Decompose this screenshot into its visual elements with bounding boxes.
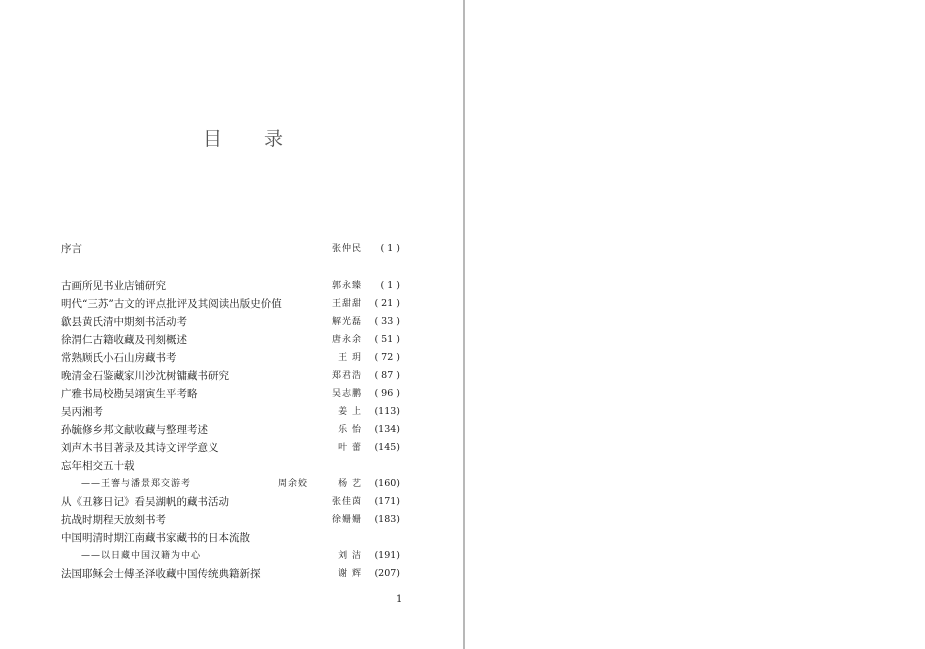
entry-page: (191): [366, 548, 400, 564]
entry-author: 谢 辉: [338, 566, 362, 582]
entry-page: ( 1 ): [366, 278, 400, 294]
entry-page: (113): [366, 404, 400, 420]
entry-author: 杨 艺: [338, 476, 362, 492]
entry-title: 明代“三苏”古文的评点批评及其阅读出版史价值: [61, 296, 282, 312]
entry-page: (183): [366, 512, 400, 528]
page-title: 目 录: [203, 124, 301, 151]
entry-page: ( 51 ): [366, 332, 400, 348]
toc-entry[interactable]: 广雅书局校勘吴翊寅生平考略 吴志鹏 ( 96 ): [61, 386, 400, 402]
entry-title: 吴丙湘考: [61, 404, 103, 420]
entry-author: 张仲民: [332, 241, 362, 257]
entry-page: (207): [366, 566, 400, 582]
toc-entry[interactable]: 中国明清时期江南藏书家藏书的日本流散: [61, 530, 400, 546]
toc-entry-preface[interactable]: 序言 张仲民 ( 1 ): [61, 241, 400, 257]
entry-author: 乐 怡: [338, 422, 362, 438]
entry-author: 徐姗姗: [332, 512, 362, 528]
toc-entry[interactable]: 法国耶稣会士傅圣泽收藏中国传统典籍新探 谢 辉 (207): [61, 566, 400, 582]
entry-title: 刘声木书目著录及其诗文评学意义: [61, 440, 219, 456]
entry-title: 从《丑簃日记》看吴湖帆的藏书活动: [61, 494, 229, 510]
entry-title: 广雅书局校勘吴翊寅生平考略: [61, 386, 198, 402]
entry-title: 序言: [61, 241, 82, 257]
entry-author: 王 玥: [338, 350, 362, 366]
entry-title: 古画所见书业店铺研究: [61, 278, 166, 294]
entry-page: ( 1 ): [366, 241, 400, 257]
toc-entry[interactable]: 歙县黄氏清中期刻书活动考 解光磊 ( 33 ): [61, 314, 400, 330]
toc-entry[interactable]: 从《丑簃日记》看吴湖帆的藏书活动 张佳茵 (171): [61, 494, 400, 510]
entry-author: 郑君浩: [332, 368, 362, 384]
entry-page: ( 96 ): [366, 386, 400, 402]
toc-entry[interactable]: 抗战时期程天放刻书考 徐姗姗 (183): [61, 512, 400, 528]
entry-author: 姜 上: [338, 404, 362, 420]
toc-page-right: 图书馆、藏书家、书商与近代中国的知识生产 东籍汉译之始考 戴 维 (222) 康…: [465, 0, 925, 649]
entry-title: 孙毓修乡邦文献收藏与整理考述: [61, 422, 208, 438]
entry-subtitle: ——王謇与潘景郑交游考: [81, 476, 191, 492]
toc-entry[interactable]: 忘年相交五十载: [61, 458, 400, 474]
entry-title: 法国耶稣会士傅圣泽收藏中国传统典籍新探: [61, 566, 261, 582]
entry-author: 郭永臻: [332, 278, 362, 294]
entry-author: 王甜甜: [332, 296, 362, 312]
toc-entry[interactable]: 古画所见书业店铺研究 郭永臻 ( 1 ): [61, 278, 400, 294]
entry-coauthor: 周余姣: [278, 476, 308, 492]
toc-page-left: 目 录 序言 张仲民 ( 1 ) 古画所见书业店铺研究 郭永臻 ( 1 ) 明代…: [0, 0, 463, 649]
entry-page: (160): [366, 476, 400, 492]
entry-page: (134): [366, 422, 400, 438]
entry-page: ( 21 ): [366, 296, 400, 312]
entry-title: 歙县黄氏清中期刻书活动考: [61, 314, 187, 330]
entry-title: 徐渭仁古籍收藏及刊刻概述: [61, 332, 187, 348]
entry-subtitle: ——以日藏中国汉籍为中心: [81, 548, 201, 564]
entry-page: ( 33 ): [366, 314, 400, 330]
toc-entry[interactable]: 晚清金石鉴藏家川沙沈树镛藏书研究 郑君浩 ( 87 ): [61, 368, 400, 384]
entry-title: 中国明清时期江南藏书家藏书的日本流散: [61, 530, 250, 546]
toc-entry[interactable]: 吴丙湘考 姜 上 (113): [61, 404, 400, 420]
entry-page: (171): [366, 494, 400, 510]
toc-entry[interactable]: 明代“三苏”古文的评点批评及其阅读出版史价值 王甜甜 ( 21 ): [61, 296, 400, 312]
toc-entry-subtitle[interactable]: ——以日藏中国汉籍为中心 刘 洁 (191): [61, 548, 400, 564]
toc-entry[interactable]: 孙毓修乡邦文献收藏与整理考述 乐 怡 (134): [61, 422, 400, 438]
entry-title: 忘年相交五十载: [61, 458, 135, 474]
entry-title: 常熟顾氏小石山房藏书考: [61, 350, 177, 366]
page-number: 1: [396, 594, 402, 605]
toc-entry[interactable]: 常熟顾氏小石山房藏书考 王 玥 ( 72 ): [61, 350, 400, 366]
entry-author: 刘 洁: [338, 548, 362, 564]
entry-title: 晚清金石鉴藏家川沙沈树镛藏书研究: [61, 368, 229, 384]
entry-author: 张佳茵: [332, 494, 362, 510]
toc-entry[interactable]: 徐渭仁古籍收藏及刊刻概述 唐永余 ( 51 ): [61, 332, 400, 348]
entry-author: 吴志鹏: [332, 386, 362, 402]
entry-author: 叶 蕾: [338, 440, 362, 456]
entry-author: 解光磊: [332, 314, 362, 330]
entry-page: ( 72 ): [366, 350, 400, 366]
toc-entry[interactable]: 刘声木书目著录及其诗文评学意义 叶 蕾 (145): [61, 440, 400, 456]
entry-title: 抗战时期程天放刻书考: [61, 512, 166, 528]
entry-author: 唐永余: [332, 332, 362, 348]
entry-page: (145): [366, 440, 400, 456]
entry-page: ( 87 ): [366, 368, 400, 384]
toc-entry-subtitle[interactable]: ——王謇与潘景郑交游考 周余姣 杨 艺 (160): [61, 476, 400, 492]
